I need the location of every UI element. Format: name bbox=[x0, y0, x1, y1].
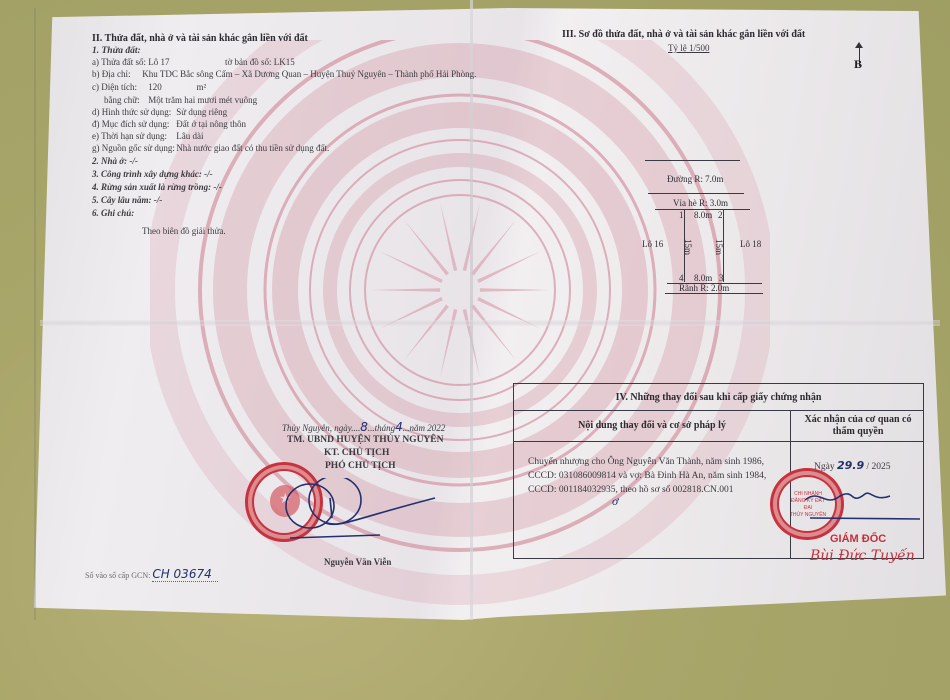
date-prefix: Thủy Nguyên, ngày bbox=[282, 423, 351, 433]
issue-date: Thủy Nguyên, ngày....8...tháng4...năm 20… bbox=[282, 421, 445, 434]
road-label: Đường R: 7.0m bbox=[667, 174, 723, 184]
north-arrow-icon bbox=[855, 42, 863, 48]
item-perennial-trees: 5. Cây lâu năm: -/- bbox=[92, 194, 162, 206]
field-label: bằng chữ: bbox=[104, 94, 146, 106]
left-length: 15m bbox=[683, 239, 693, 255]
col-header-content: Nội dung thay đổi và cơ sở pháp lý bbox=[514, 420, 790, 432]
field-label: tờ bản đồ số: bbox=[225, 57, 272, 67]
center-fold bbox=[470, 0, 473, 620]
sidewalk-label: Vỉa hè R: 3.0m bbox=[673, 198, 728, 208]
map-scale: Tỷ lệ 1/500 bbox=[668, 42, 710, 54]
field-value: Đất ở tại nông thôn bbox=[176, 119, 246, 129]
field-usage-origin: g) Nguồn gốc sử dụng: Nhà nước giao đất … bbox=[92, 142, 329, 154]
chairman-signature bbox=[270, 478, 440, 548]
paper-edge bbox=[34, 8, 36, 620]
neighbor-right: Lô 18 bbox=[740, 239, 761, 249]
field-label: b) Địa chỉ: bbox=[92, 68, 140, 80]
road-bottom-line bbox=[648, 193, 744, 194]
field-address: b) Địa chỉ: Khu TDC Bắc sông Cấm – Xã Dư… bbox=[92, 68, 476, 80]
field-usage-form: d) Hình thức sử dụng: Sử dụng riêng bbox=[92, 106, 227, 118]
col-header-confirmation: Xác nhận của cơ quan có thẩm quyền bbox=[794, 414, 922, 438]
item-house: 2. Nhà ở: -/- bbox=[92, 155, 138, 167]
field-label: g) Nguồn gốc sử dụng: bbox=[92, 142, 174, 154]
signer-title-2: PHÓ CHỦ TỊCH bbox=[325, 460, 396, 472]
initials-mark: ơ bbox=[612, 494, 618, 509]
field-label: c) Diện tích: bbox=[92, 81, 146, 93]
field-usage-term: e) Thời hạn sử dụng: Lâu dài bbox=[92, 130, 204, 142]
field-parcel-number: a) Thửa đất số: Lô 17 bbox=[92, 56, 170, 68]
field-value: Một trăm hai mươi mét vuông bbox=[148, 95, 257, 105]
field-area-words: bằng chữ: Một trăm hai mươi mét vuông bbox=[104, 94, 257, 106]
section-3-title: III. Sơ đồ thửa đất, nhà ở và tài sản kh… bbox=[562, 29, 805, 41]
confirmation-date: Ngày 29.9 / 2025 bbox=[814, 459, 890, 472]
issuing-org: TM. UBND HUYỆN THỦY NGUYÊN bbox=[287, 434, 444, 446]
field-value: 120 bbox=[148, 81, 194, 93]
registry-value: CH 03674 bbox=[152, 567, 217, 582]
registry-number: Số vào sổ cấp GCN: CH 03674 bbox=[85, 568, 218, 582]
field-unit: m² bbox=[197, 82, 207, 92]
signer-title-1: KT. CHỦ TỊCH bbox=[324, 447, 389, 459]
director-signature bbox=[800, 488, 925, 528]
field-value: LK15 bbox=[274, 57, 295, 67]
neighbor-left: Lô 16 bbox=[642, 239, 663, 249]
registry-label: Số vào sổ cấp GCN: bbox=[85, 571, 150, 580]
corner-1: 1 bbox=[679, 210, 684, 220]
road-top-line bbox=[645, 160, 740, 161]
field-usage-purpose: đ) Mục đích sử dụng: Đất ở tại nông thôn bbox=[92, 118, 246, 130]
field-area: c) Diện tích: 120 m² bbox=[92, 81, 206, 93]
date-month: 4 bbox=[395, 420, 403, 434]
item-other-construction: 3. Công trình xây dựng khác: -/- bbox=[92, 168, 213, 180]
director-name: Bùi Đức Tuyến bbox=[810, 550, 915, 562]
drain-label: Rãnh R: 2.0m bbox=[679, 283, 729, 293]
change-content: Chuyển nhượng cho Ông Nguyễn Văn Thành, … bbox=[528, 455, 788, 497]
field-value: Lô 17 bbox=[148, 57, 169, 67]
date-year: năm 2022 bbox=[410, 423, 446, 433]
bottom-width: 8.0m bbox=[694, 273, 712, 283]
date-day: 8 bbox=[360, 420, 368, 434]
corner-4: 4 bbox=[679, 273, 684, 283]
top-width: 8.0m bbox=[694, 210, 712, 220]
field-label: e) Thời hạn sử dụng: bbox=[92, 130, 174, 142]
field-label: a) Thửa đất số: bbox=[92, 56, 146, 68]
field-value: Nhà nước giao đất có thu tiền sử dụng đấ… bbox=[176, 143, 329, 153]
north-label: B bbox=[854, 58, 862, 70]
item-notes: 6. Ghi chú: bbox=[92, 207, 134, 219]
month-label: tháng bbox=[375, 423, 396, 433]
chairman-name: Nguyễn Văn Viễn bbox=[324, 556, 391, 568]
right-length: 15m bbox=[714, 239, 724, 255]
note-text: Theo biên đồ giải thửa. bbox=[142, 225, 226, 237]
corner-3: 3 bbox=[719, 273, 724, 283]
drain-bottom-line bbox=[665, 293, 763, 294]
item-forest: 4. Rừng sản xuất là rừng trồng: -/- bbox=[92, 181, 222, 193]
field-value: Sử dụng riêng bbox=[176, 107, 227, 117]
corner-2: 2 bbox=[718, 210, 723, 220]
date-year: / 2025 bbox=[866, 462, 890, 472]
horizontal-fold bbox=[40, 320, 940, 326]
date-value: 29.9 bbox=[837, 459, 864, 472]
field-map-sheet: tờ bản đồ số: LK15 bbox=[225, 56, 295, 68]
field-label: đ) Mục đích sử dụng: bbox=[92, 118, 174, 130]
field-value: Lâu dài bbox=[176, 131, 203, 141]
director-title: GIÁM ĐỐC bbox=[830, 533, 886, 545]
field-value: Khu TDC Bắc sông Cấm – Xã Dương Quan – H… bbox=[142, 69, 476, 79]
field-label: d) Hình thức sử dụng: bbox=[92, 106, 174, 118]
section-2-title: II. Thửa đất, nhà ở và tài sản khác gắn … bbox=[92, 33, 308, 45]
table-title: IV. Những thay đổi sau khi cấp giấy chứn… bbox=[514, 384, 923, 411]
